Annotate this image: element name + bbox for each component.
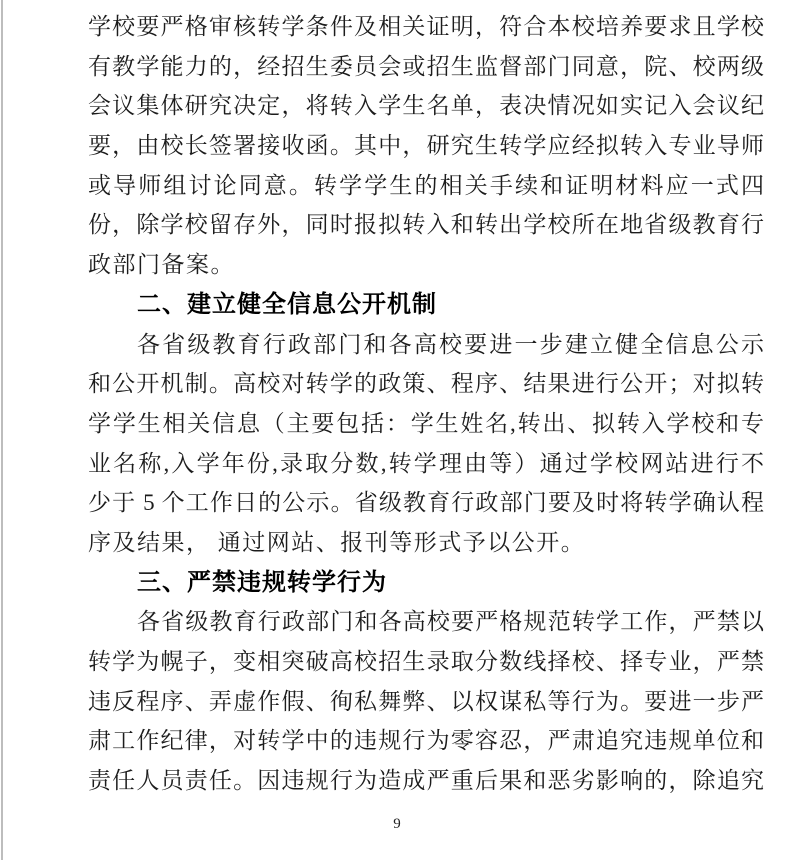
text-line: 或导师组讨论同意。转学学生的相关手续和证明材料应一式四 <box>88 166 764 206</box>
text-line: 肃工作纪律，对转学中的违规行为零容忍，严肃追究违规单位和 <box>88 721 764 761</box>
page-left-edge-line <box>1 0 3 860</box>
text-line: 违反程序、弄虚作假、徇私舞弊、以权谋私等行为。要进一步严 <box>88 682 764 722</box>
text-line: 责任人员责任。因违规行为造成严重后果和恶劣影响的，除追究 <box>88 761 764 801</box>
text-line: 政部门备案。 <box>88 245 764 285</box>
text-line: 有教学能力的，经招生委员会或招生监督部门同意，院、校两级 <box>88 47 764 87</box>
text-line: 各省级教育行政部门和各高校要进一步建立健全信息公示 <box>88 325 764 365</box>
text-line: 学校要严格审核转学条件及相关证明，符合本校培养要求且学校 <box>88 7 764 47</box>
document-page: 学校要严格审核转学条件及相关证明，符合本校培养要求且学校 有教学能力的，经招生委… <box>0 0 794 860</box>
section-heading-2: 二、建立健全信息公开机制 <box>88 285 764 325</box>
text-line: 转学为幌子，变相突破高校招生录取分数线择校、择专业，严禁 <box>88 642 764 682</box>
text-line: 要，由校长签署接收函。其中，研究生转学应经拟转入专业导师 <box>88 126 764 166</box>
page-number: 9 <box>0 816 794 833</box>
text-line: 少于 5 个工作日的公示。省级教育行政部门要及时将转学确认程 <box>88 483 764 523</box>
section-heading-3: 三、严禁违规转学行为 <box>88 563 764 603</box>
text-line: 学学生相关信息（主要包括：学生姓名,转出、拟转入学校和专 <box>88 404 764 444</box>
text-line: 各省级教育行政部门和各高校要严格规范转学工作，严禁以 <box>88 602 764 642</box>
text-line: 和公开机制。高校对转学的政策、程序、结果进行公开；对拟转 <box>88 364 764 404</box>
text-line: 份，除学校留存外，同时报拟转入和转出学校所在地省级教育行 <box>88 205 764 245</box>
text-line: 序及结果， 通过网站、报刊等形式予以公开。 <box>88 523 764 563</box>
document-text-block: 学校要严格审核转学条件及相关证明，符合本校培养要求且学校 有教学能力的，经招生委… <box>88 7 764 801</box>
text-line: 会议集体研究决定，将转入学生名单，表决情况如实记入会议纪 <box>88 86 764 126</box>
text-line: 业名称,入学年份,录取分数,转学理由等）通过学校网站进行不 <box>88 444 764 484</box>
